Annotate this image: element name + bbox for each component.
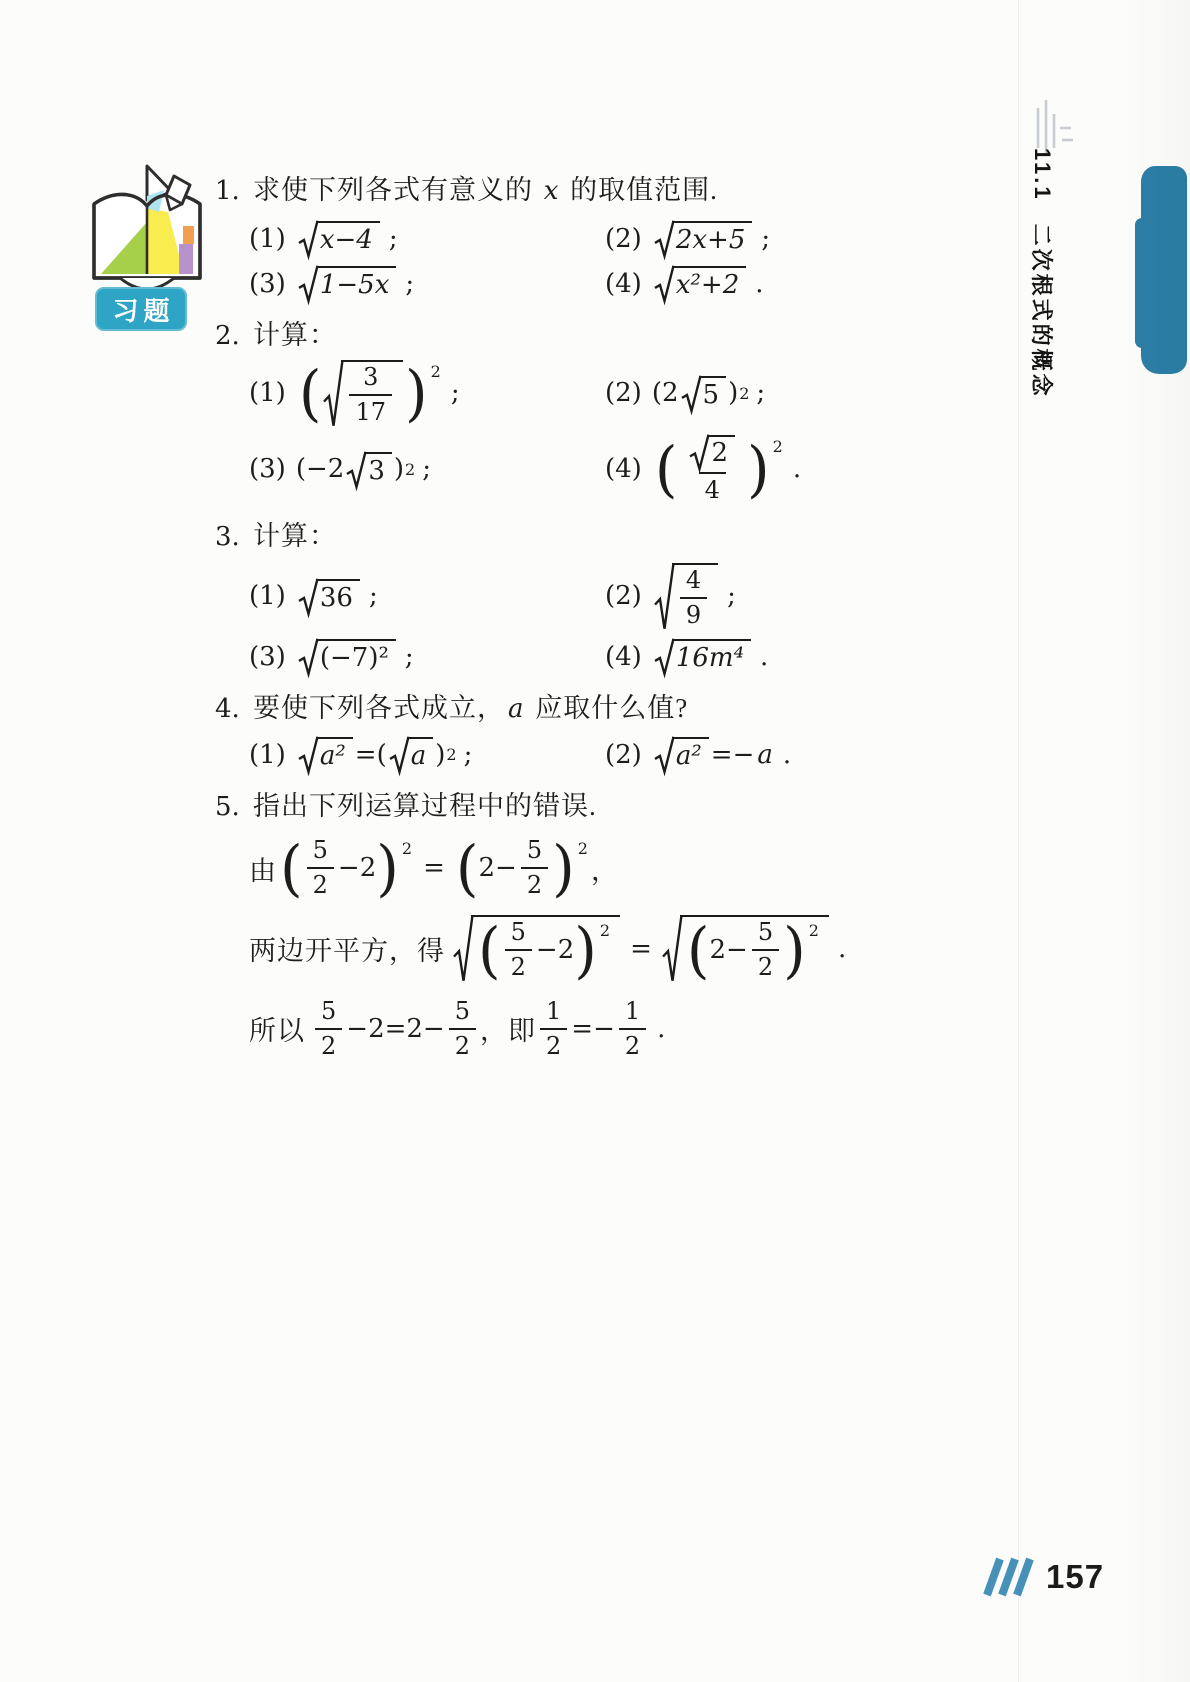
problem-3: 3. 计算： (1) 36 ; (2) 49 ; (3) (−7)² [215, 514, 895, 675]
fraction-denominator: 2 [752, 949, 779, 981]
punctuation: ; [405, 269, 414, 299]
exercises-book-icon [84, 160, 210, 297]
two-minus: 2− [710, 935, 748, 965]
fraction-denominator: 2 [315, 1028, 342, 1060]
radical-sign-icon [654, 220, 674, 257]
punctuation: . [755, 269, 763, 299]
item-label: (4) [605, 454, 642, 484]
punctuation: ; [451, 378, 460, 408]
item-3-2: (2) 49 ; [605, 563, 736, 630]
equals-minus-sign: =− [571, 1014, 615, 1044]
radical-sign-icon [654, 736, 674, 773]
item-4-2: (2) a² =− a . [605, 737, 791, 772]
fraction-denominator: 2 [307, 867, 334, 899]
problem-number: 3. [215, 522, 253, 552]
problem-title: 要使下列各式成立，a 应取什么值? [253, 686, 688, 725]
sqrt-expression: 2 [689, 435, 735, 469]
punctuation: ; [727, 581, 736, 611]
open-paren: ( [280, 838, 303, 899]
radicand: x−4 [316, 221, 380, 256]
item-3-1: (1) 36 ; [249, 579, 605, 614]
radicand: 16m⁴ [672, 639, 751, 674]
derivation-line-1: 由 ( 52 −2 ) 2 = ( 2− 52 ) 2 ， [249, 837, 895, 899]
fraction-numerator: 1 [619, 998, 646, 1028]
item-3-4: (4) 16m⁴ . [605, 639, 768, 674]
fraction: 52 [752, 919, 779, 981]
exponent: 2 [402, 839, 412, 858]
item-label: (3) [249, 454, 286, 484]
exercises-badge: 习题 [95, 287, 187, 331]
punctuation: ; [369, 581, 378, 611]
item-label: (3) [249, 642, 286, 672]
open-paren: (2 [652, 378, 679, 408]
radicand: 5 [699, 376, 727, 411]
sqrt-expression: a² [654, 737, 709, 772]
equals-sign: = [423, 853, 445, 883]
fraction: 52 [315, 998, 342, 1060]
punctuation: ; [761, 224, 770, 254]
sqrt-expression: a² [298, 737, 353, 772]
problem-5: 5. 指出下列运算过程中的错误. 由 ( 52 −2 ) 2 = ( 2− 52… [215, 784, 895, 1059]
punctuation: . [783, 740, 791, 770]
squared-group: ( 24 ) 2 [655, 435, 783, 504]
radical-sign-icon [654, 562, 674, 631]
squared-group: ( 52 −2 ) 2 [478, 919, 610, 981]
equals-sign: = [630, 934, 652, 964]
fraction: 12 [540, 998, 567, 1060]
fraction: 52 [307, 837, 334, 899]
problem-number: 4. [215, 694, 253, 724]
fraction-numerator: 5 [449, 998, 476, 1028]
radicand: (−7)² [316, 639, 396, 674]
item-label: (4) [605, 269, 642, 299]
punctuation: . [793, 454, 801, 484]
fraction: 49 [680, 567, 707, 629]
punctuation: . [760, 642, 768, 672]
radical-sign-icon [389, 736, 409, 773]
item-label: (2) [605, 224, 642, 254]
fraction: 12 [619, 998, 646, 1060]
fraction-denominator: 2 [521, 867, 548, 899]
sqrt-expression: 5 [681, 376, 727, 411]
radical-sign-icon [689, 434, 709, 470]
open-paren: ( [299, 363, 322, 424]
fraction-numerator: 3 [357, 364, 384, 394]
radicand: 317 [341, 360, 403, 427]
item-label: (3) [249, 269, 286, 299]
problem-title: 计算： [253, 313, 337, 352]
squared-group: ( 52 −2 ) 2 [280, 837, 412, 899]
punctuation: . [838, 934, 846, 964]
problem-number: 1. [215, 176, 253, 206]
lead-text: 所以 [249, 1009, 305, 1048]
close-paren: ) [394, 454, 404, 484]
item-1-2: (2) 2x+5 ; [605, 221, 770, 256]
item-1-1: (1) x−4 ; [249, 221, 605, 256]
fraction-denominator: 4 [699, 472, 726, 504]
radical-sign-icon [298, 265, 318, 302]
minus-two: −2 [338, 853, 376, 883]
squared-group: ( 2− 52 ) 2 [456, 837, 588, 899]
variable-a: a [505, 694, 528, 724]
radical-sign-icon [654, 638, 674, 675]
squared-group: ( 2− 52 ) 2 [687, 919, 819, 981]
close-paren: ) [552, 838, 575, 899]
sqrt-expression: 1−5x [298, 266, 397, 301]
variable-x: x [541, 176, 563, 206]
radical-sign-icon [346, 451, 366, 488]
variable-a: a [754, 740, 776, 770]
open-paren: ( [456, 838, 479, 899]
item-label: (1) [249, 224, 286, 254]
footer-page-marker: 157 [982, 1556, 1104, 1598]
item-label: (1) [249, 378, 286, 408]
item-2-2: (2) (2 5 ) 2 ; [605, 376, 765, 411]
lead-text: 两边开平方，得 [249, 929, 445, 968]
exponent: 2 [809, 921, 819, 940]
item-1-4: (4) x²+2 . [605, 266, 764, 301]
sqrt-expression: a [389, 737, 434, 772]
fraction-numerator: 5 [307, 837, 334, 867]
item-2-1: (1) ( 317 ) 2 ; [249, 360, 605, 427]
exponent: 2 [405, 460, 415, 479]
open-book-icon [84, 160, 210, 292]
radical-sign-icon [662, 914, 682, 983]
sqrt-expression: x²+2 [654, 266, 746, 301]
sidebar-tab [1141, 166, 1187, 374]
fraction-numerator: 5 [315, 998, 342, 1028]
radicand: 2x+5 [672, 221, 753, 256]
fraction: 24 [681, 435, 743, 504]
radicand: ( 2− 52 ) 2 [680, 915, 829, 982]
squared-group: ( 317 ) 2 [299, 360, 441, 427]
radicand: a² [316, 737, 353, 772]
exponent: 2 [446, 745, 456, 764]
punctuation: ; [405, 642, 414, 672]
problem-4: 4. 要使下列各式成立，a 应取什么值? (1) a² = ( a ) 2 ; … [215, 686, 895, 772]
exponent: 2 [431, 362, 441, 381]
derivation-line-2: 两边开平方，得 ( 52 −2 ) 2 = ( 2− 52 [249, 915, 895, 982]
radical-sign-icon [298, 638, 318, 675]
radical-sign-icon [453, 914, 473, 983]
item-label: (1) [249, 581, 286, 611]
textbook-page: 习题 1. 求使下列各式有意义的 x 的取值范围. (1) x−4 ; (2) … [0, 0, 1190, 1682]
radicand: x²+2 [672, 266, 746, 301]
exponent: 2 [739, 384, 749, 403]
problem-2: 2. 计算： (1) ( 317 ) 2 ; (2) (2 5 [215, 313, 895, 504]
page-fold-line [1018, 0, 1019, 1682]
radical-sign-icon [323, 359, 343, 428]
open-paren: ( [478, 920, 501, 981]
open-paren: ( [687, 920, 710, 981]
punctuation: ; [422, 454, 431, 484]
fraction: 317 [349, 364, 392, 426]
equation-text: −2=2− [346, 1014, 444, 1044]
punctuation: ， [591, 849, 619, 888]
problem-number: 5. [215, 792, 253, 822]
sidebar-section-title: 二次根式的概念 [1027, 224, 1058, 399]
radicand: 36 [316, 579, 360, 614]
item-4-1: (1) a² = ( a ) 2 ; [249, 737, 605, 772]
exponent: 2 [578, 839, 588, 858]
fraction-denominator: 2 [619, 1028, 646, 1060]
sqrt-expression: 3 [346, 452, 392, 487]
punctuation: ; [464, 740, 473, 770]
fraction-numerator: 5 [752, 919, 779, 949]
open-paren: ( [377, 740, 387, 770]
fraction-numerator: 5 [521, 837, 548, 867]
fraction-denominator: 2 [540, 1028, 567, 1060]
radical-sign-icon [298, 220, 318, 257]
radical-sign-icon [681, 375, 701, 412]
radical-sign-icon [298, 578, 318, 615]
lead-text: 由 [249, 849, 277, 888]
equals-sign: = [355, 740, 377, 770]
close-paren: ) [376, 838, 399, 899]
radicand: ( 52 −2 ) 2 [471, 915, 620, 982]
punctuation: . [657, 1014, 665, 1044]
radical-sign-icon [654, 265, 674, 302]
close-paren: ) [435, 740, 445, 770]
exponent: 2 [773, 437, 783, 456]
item-label: (2) [605, 581, 642, 611]
problem-title: 求使下列各式有意义的 x 的取值范围. [253, 168, 718, 207]
punctuation: ; [756, 378, 765, 408]
radicand: 2 [707, 435, 735, 469]
close-paren: ) [783, 920, 806, 981]
sqrt-expression: ( 2− 52 ) 2 [662, 915, 829, 982]
item-1-3: (3) 1−5x ; [249, 266, 605, 301]
sqrt-expression: 317 [323, 360, 403, 427]
fraction: 52 [505, 919, 532, 981]
item-label: (2) [605, 740, 642, 770]
page-number: 157 [1046, 1558, 1104, 1596]
fraction-numerator: 4 [680, 567, 707, 597]
fraction: 52 [521, 837, 548, 899]
sqrt-expression: x−4 [298, 221, 380, 256]
close-paren: ) [574, 920, 597, 981]
close-paren: ) [747, 439, 770, 500]
item-label: (1) [249, 740, 286, 770]
sqrt-expression: (−7)² [298, 639, 396, 674]
fraction-denominator: 2 [505, 949, 532, 981]
fraction-numerator: 5 [505, 919, 532, 949]
fraction-denominator: 9 [680, 597, 707, 629]
close-paren: ) [405, 363, 428, 424]
radicand: a [407, 737, 434, 772]
sqrt-expression: ( 52 −2 ) 2 [453, 915, 620, 982]
equals-minus-sign: =− [711, 740, 755, 770]
exponent: 2 [600, 921, 610, 940]
derivation-line-3: 所以 52 −2=2− 52 ，即 12 =− 12 . [249, 998, 895, 1060]
sqrt-expression: 36 [298, 579, 360, 614]
sqrt-expression: 49 [654, 563, 718, 630]
radical-sign-icon [298, 736, 318, 773]
item-2-3: (3) (−2 3 ) 2 ; [249, 452, 605, 487]
open-paren: ( [655, 439, 678, 500]
exercises-badge-label: 习题 [107, 291, 174, 328]
fraction-denominator: 17 [349, 394, 392, 426]
close-paren: ) [728, 378, 738, 408]
sqrt-expression: 16m⁴ [654, 639, 751, 674]
page-slashes-icon [982, 1556, 1038, 1598]
item-3-3: (3) (−7)² ; [249, 639, 605, 674]
main-content: 1. 求使下列各式有意义的 x 的取值范围. (1) x−4 ; (2) 2x+… [215, 168, 895, 1060]
two-minus: 2− [479, 853, 517, 883]
item-2-4: (4) ( 24 ) 2 . [605, 435, 801, 504]
radicand: 3 [364, 452, 392, 487]
fraction-denominator: 2 [449, 1028, 476, 1060]
radicand: a² [672, 737, 709, 772]
sidebar-section-number: 11.1 [1030, 148, 1056, 202]
item-label: (2) [605, 378, 642, 408]
fraction-numerator: 1 [540, 998, 567, 1028]
open-paren: (−2 [296, 454, 344, 484]
problem-number: 2. [215, 321, 253, 351]
minus-two: −2 [536, 935, 574, 965]
punctuation: ; [389, 224, 398, 254]
problem-1: 1. 求使下列各式有意义的 x 的取值范围. (1) x−4 ; (2) 2x+… [215, 168, 895, 301]
chapter-sidebar: 11.1 二次根式的概念 [1027, 148, 1058, 399]
radicand: 1−5x [316, 266, 397, 301]
fraction-numerator: 2 [681, 435, 743, 472]
problem-title: 计算： [253, 514, 337, 553]
problem-title: 指出下列运算过程中的错误. [253, 784, 597, 823]
item-label: (4) [605, 642, 642, 672]
fraction: 52 [449, 998, 476, 1060]
radicand: 49 [672, 563, 718, 630]
sqrt-expression: 2x+5 [654, 221, 753, 256]
connector-text: ，即 [480, 1009, 536, 1048]
